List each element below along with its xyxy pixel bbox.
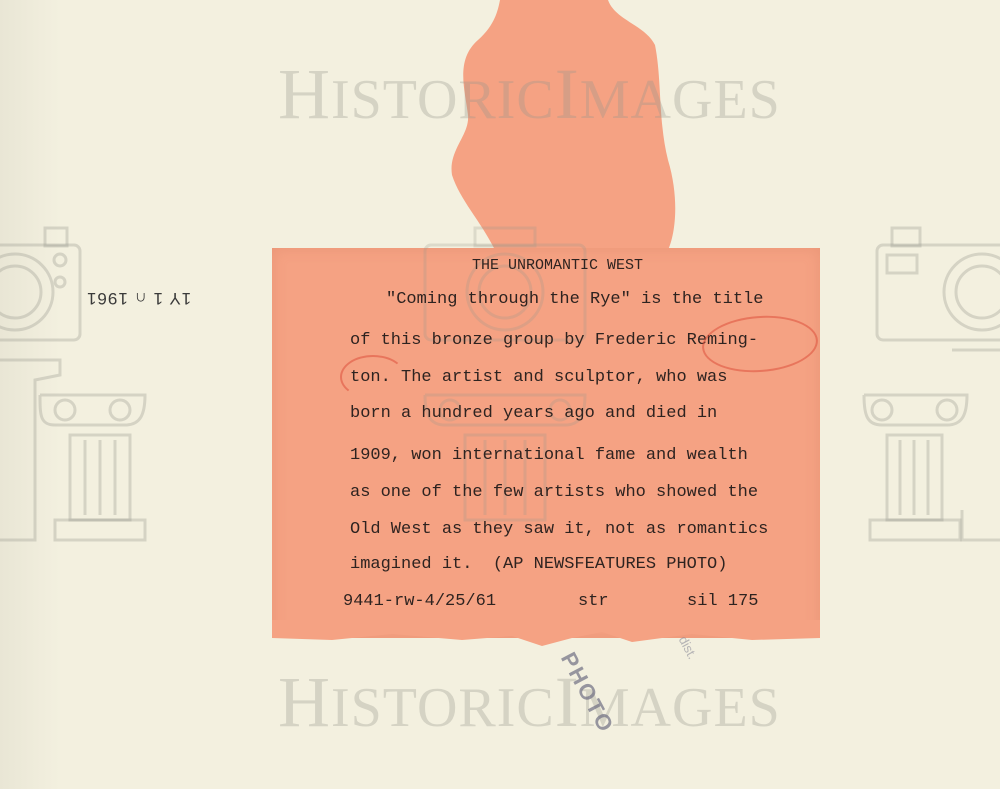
caption-line: 1909, won international fame and wealth [350,447,748,464]
clipping-headline: THE UNROMANTIC WEST [472,258,643,273]
clipping-footer-code: 9441-rw-4/25/61 [343,593,496,610]
pencil-circle-mark [340,355,406,399]
camera-column-logo-icon [0,210,160,560]
caption-line: as one of the few artists who showed the [350,484,758,501]
margin-date-stamp: 1Y 1 ∩ 1961 [86,288,191,308]
caption-line: imagined it. (AP NEWSFEATURES PHOTO) [350,556,727,573]
caption-line: ton. The artist and sculptor, who was [350,369,727,386]
caption-line: "Coming through the Rye" is the title [386,291,763,308]
caption-line: born a hundred years ago and died in [350,405,717,422]
torn-paper-edge [272,620,820,650]
camera-column-logo-icon [852,210,1000,560]
watermark-brand-bottom: HISTORICIMAGES [278,666,781,738]
clipping-footer-desk: str [578,593,609,610]
clipping-footer-ref: sil 175 [687,593,758,610]
watermark-brand-top: HISTORICIMAGES [278,58,781,130]
caption-line: of this bronze group by Frederic Reming- [350,332,758,349]
caption-line: Old West as they saw it, not as romantic… [350,521,768,538]
